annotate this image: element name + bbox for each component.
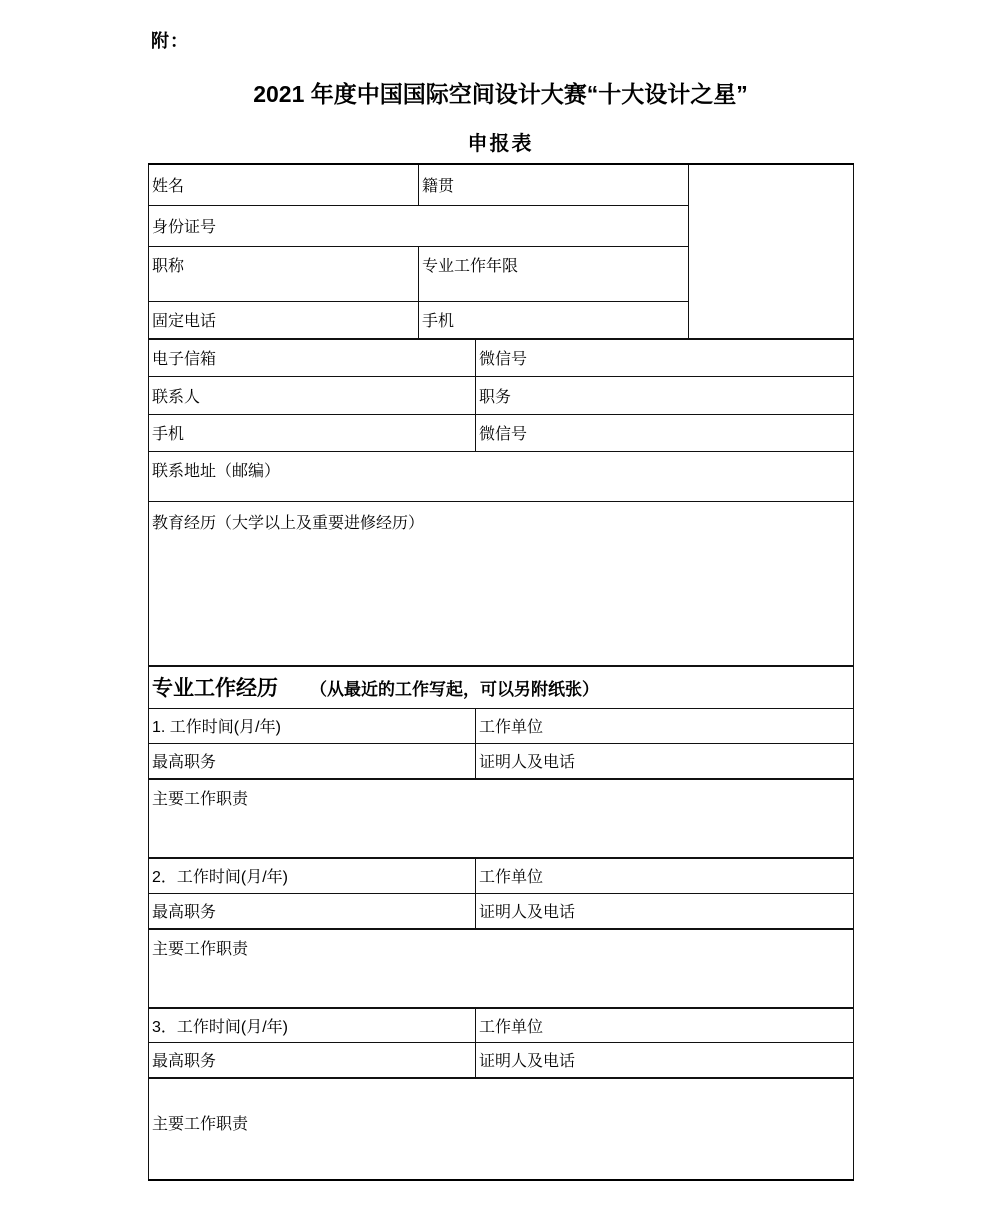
job-1-unit-label: 工作单位 xyxy=(476,708,854,743)
job-2-time-label: 2．工作时间(月/年) xyxy=(149,858,476,893)
job-2-top-position-label: 最高职务 xyxy=(149,893,476,929)
job-title-label: 职称 xyxy=(149,246,419,301)
job-1-time-label: 1. 工作时间(月/年) xyxy=(149,708,476,743)
attachment-label: 附： xyxy=(151,27,189,53)
job-3-top-position-label: 最高职务 xyxy=(149,1042,476,1078)
mobile-label: 手机 xyxy=(419,301,689,339)
work-exp-header: 专业工作经历（从最近的工作写起，可以另附纸张） xyxy=(149,666,854,708)
job-3-time-label: 3．工作时间(月/年) xyxy=(149,1008,476,1042)
work-years-label: 专业工作年限 xyxy=(419,246,689,301)
work-exp-title-label: 专业工作经历 xyxy=(152,677,278,700)
work-exp-note-label: （从最近的工作写起，可以另附纸张） xyxy=(310,680,599,699)
id-number-label: 身份证号 xyxy=(149,205,689,246)
contact-wechat-label: 微信号 xyxy=(476,414,854,451)
native-place-label: 籍贯 xyxy=(419,164,689,205)
job-2-duties-label: 主要工作职责 xyxy=(149,929,854,1008)
wechat-label: 微信号 xyxy=(476,339,854,376)
job-2-reference-label: 证明人及电话 xyxy=(476,893,854,929)
job-1-top-position-label: 最高职务 xyxy=(149,743,476,779)
job-1-duties-label: 主要工作职责 xyxy=(149,779,854,858)
email-label: 电子信箱 xyxy=(149,339,476,376)
form-subtitle: 申报表 xyxy=(148,127,853,156)
page: 附： 2021 年度中国国际空间设计大赛“十大设计之星” 申报表 姓名 籍贯 身… xyxy=(0,0,1000,1212)
job-3-duties-label: 主要工作职责 xyxy=(149,1078,854,1180)
job-2-unit-label: 工作单位 xyxy=(476,858,854,893)
application-table: 姓名 籍贯 身份证号 职称 专业工作年限 固定电话 手机 电子信箱 微信号 联系… xyxy=(148,163,854,1181)
job-3-reference-label: 证明人及电话 xyxy=(476,1042,854,1078)
address-label: 联系地址（邮编） xyxy=(149,451,854,501)
form-title: 2021 年度中国国际空间设计大赛“十大设计之星” xyxy=(98,76,903,109)
contact-person-label: 联系人 xyxy=(149,376,476,414)
position-label: 职务 xyxy=(476,376,854,414)
job-1-reference-label: 证明人及电话 xyxy=(476,743,854,779)
education-label: 教育经历（大学以上及重要进修经历） xyxy=(149,501,854,666)
job-3-unit-label: 工作单位 xyxy=(476,1008,854,1042)
name-label: 姓名 xyxy=(149,164,419,205)
landline-label: 固定电话 xyxy=(149,301,419,339)
photo-cell xyxy=(689,164,854,339)
contact-mobile-label: 手机 xyxy=(149,414,476,451)
